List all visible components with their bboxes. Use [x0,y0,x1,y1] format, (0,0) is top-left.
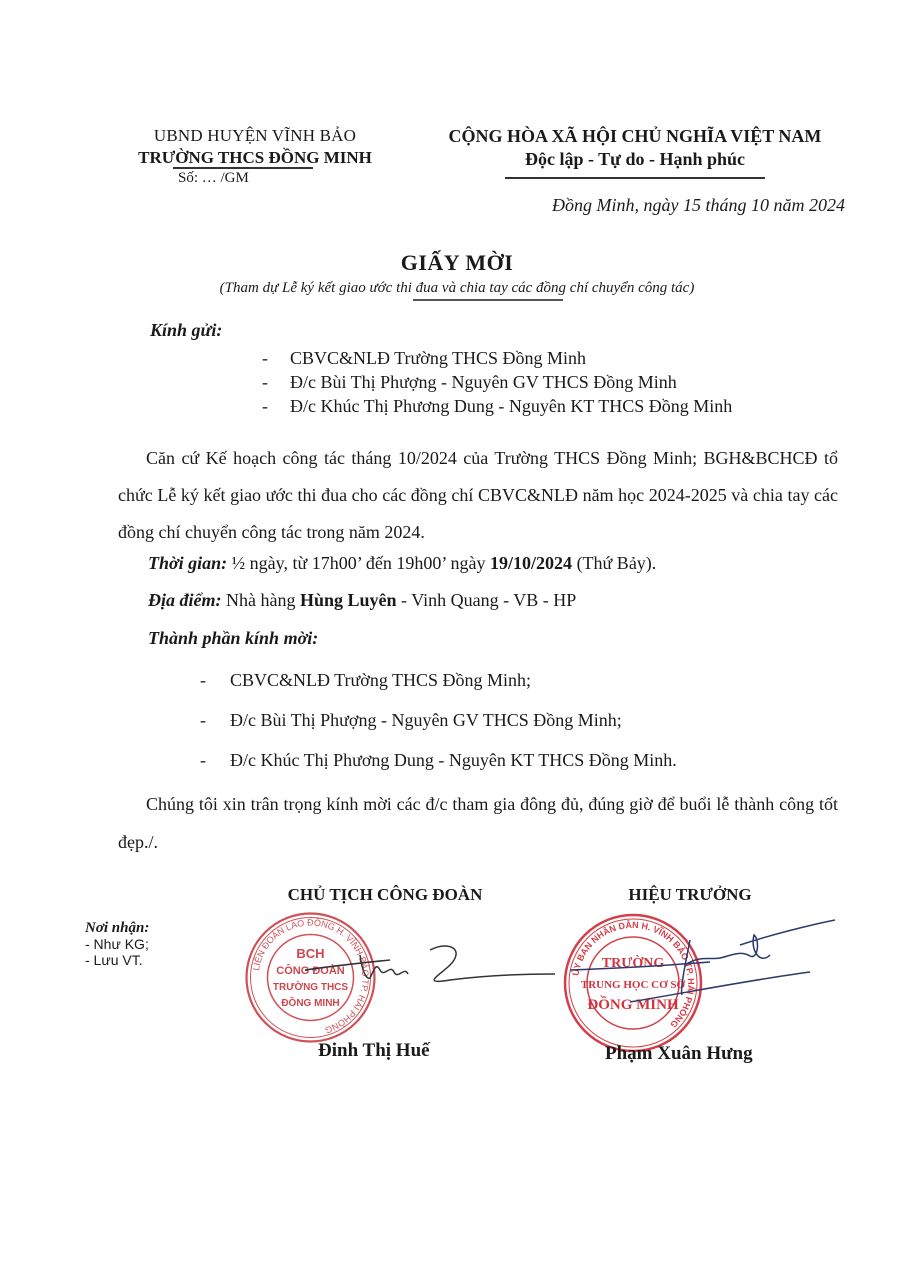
issuing-authority-block: UBND HUYỆN VĨNH BẢO TRƯỜNG THCS ĐỒNG MIN… [95,125,415,187]
union-chair-name: Đinh Thị Huế [318,1040,430,1062]
recipient-item: -Đ/c Bùi Thị Phượng - Nguyên GV THCS Đồn… [262,370,677,394]
recipients-label: Nơi nhận: [85,920,149,936]
attendees-label: Thành phần kính mời: [148,628,318,648]
place-date-line: Đồng Minh, ngày 15 tháng 10 năm 2024 [465,195,845,216]
nation-name: CỘNG HÒA XÃ HỘI CHỦ NGHĨA VIỆT NAM [425,125,845,147]
venue-name: Hùng Luyên [300,590,397,610]
subtitle-underline [413,299,563,301]
attendee-item: -Đ/c Khúc Thị Phương Dung - Nguyên KT TH… [200,750,677,771]
document-subtitle: (Tham dự Lễ ký kết giao ước thi đua và c… [0,280,914,297]
attendee-item: -CBVC&NLĐ Trường THCS Đồng Minh; [200,670,531,691]
time-line: Thời gian: ½ ngày, từ 17h00’ đến 19h00’ … [148,553,656,574]
recipient-item: -CBVC&NLĐ Trường THCS Đồng Minh [262,346,586,370]
attendees-label-line: Thành phần kính mời: [148,628,318,649]
school-underline [173,167,313,169]
closing-paragraph: Chúng tôi xin trân trọng kính mời các đ/… [118,785,838,861]
document-number: Số: … /GM [95,169,415,187]
authority-name: UBND HUYỆN VĨNH BẢO [95,125,415,147]
union-chair-title: CHỦ TỊCH CÔNG ĐOÀN [255,885,515,905]
place-label: Địa điểm: [148,590,222,610]
place-line: Địa điểm: Nhà hàng Hùng Luyên - Vinh Qua… [148,590,576,611]
recipients-block: Nơi nhận: - Như KG; - Lưu VT. [85,920,149,968]
event-date: 19/10/2024 [490,553,572,573]
time-label: Thời gian: [148,553,227,573]
document-title: GIẤY MỜI [0,250,914,276]
principal-title: HIỆU TRƯỞNG [580,885,800,905]
greeting-label: Kính gửi: [150,320,222,341]
body-paragraph: Căn cứ Kế hoạch công tác tháng 10/2024 c… [118,440,838,551]
union-signature-icon [300,930,560,1000]
recipient-item: -Đ/c Khúc Thị Phương Dung - Nguyên KT TH… [262,394,732,418]
recipients-item: - Lưu VT. [85,952,149,968]
attendee-item: -Đ/c Bùi Thị Phượng - Nguyên GV THCS Đồn… [200,710,622,731]
motto-underline [505,177,765,179]
school-name: TRƯỜNG THCS ĐỒNG MINH [95,147,415,169]
national-header-block: CỘNG HÒA XÃ HỘI CHỦ NGHĨA VIỆT NAM Độc l… [425,125,845,171]
principal-signature-icon [570,910,850,1010]
principal-name: Phạm Xuân Hưng [605,1043,753,1065]
recipients-item: - Như KG; [85,936,149,952]
national-motto: Độc lập - Tự do - Hạnh phúc [425,147,845,171]
